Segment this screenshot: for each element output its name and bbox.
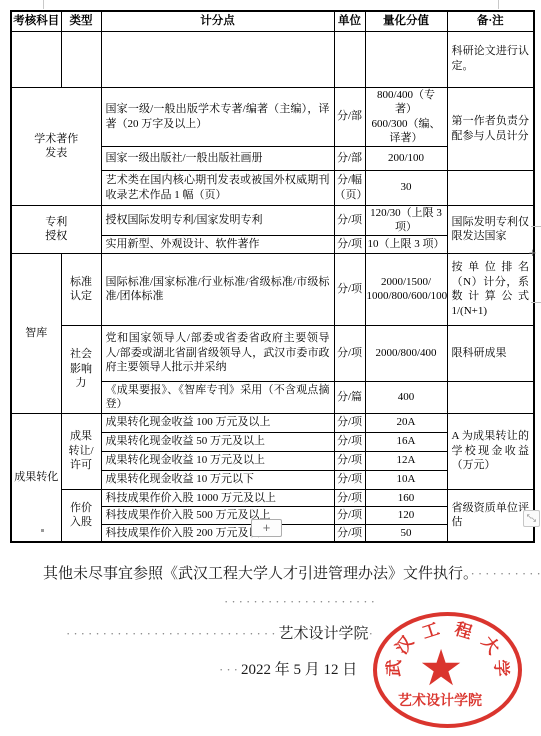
footer-line-1: 其他未尽事宜参照《武汉工程大学人才引进管理办法》文件执行。·········· — [43, 562, 541, 583]
stamp-bottom-text: 艺术设计学院 — [398, 690, 482, 710]
cell-point: 成果转化现金收益 10 万元及以上 — [101, 451, 334, 470]
cell-value: 50 — [365, 524, 447, 542]
cell-note: 限科研成果 — [447, 325, 534, 381]
header-type: 类型 — [61, 11, 101, 31]
cell-unit: 分/项 — [334, 432, 365, 451]
cell-value: 30 — [365, 170, 447, 205]
cell-value — [365, 31, 447, 87]
header-unit: 单位 — [334, 11, 365, 31]
cell-point: 成果转化现金收益 10 万元以下 — [101, 470, 334, 489]
side-tick-bottom — [531, 302, 541, 303]
table-row: 科研论文进行认定。 — [11, 31, 534, 87]
stamp-arc-char: 大 — [477, 629, 507, 658]
cell-value: 10（上限 3 项） — [365, 235, 447, 253]
cell-unit — [334, 31, 365, 87]
resize-arrow-se-icon: ↘ — [530, 516, 537, 524]
cell-note — [447, 170, 534, 205]
cell-unit: 分/项 — [334, 489, 365, 507]
footer-line-4: ···2022 年 5 月 12 日 — [219, 658, 357, 679]
footer-note-text: 其他未尽事宜参照《武汉工程大学人才引进管理办法》文件执行。 — [43, 566, 471, 582]
cell-note: 科研论文进行认定。 — [447, 31, 534, 87]
cell-point: 成果转化现金收益 50 万元及以上 — [101, 432, 334, 451]
space-marks: ·········· — [471, 566, 541, 581]
cell-subject: 学术著作 发表 — [11, 87, 101, 205]
stamp-star-icon: ★ — [419, 643, 464, 693]
side-tick-top — [531, 226, 541, 227]
table-row: 作价 入股 科技成果作价入股 1000 万元及以上 分/项 160 省级资质单位… — [11, 489, 534, 507]
cell-subject: 成果转化 — [11, 413, 61, 542]
official-stamp: ★ 艺术设计学院 武汉工程大学 — [373, 612, 522, 728]
space-marks: ····················· — [224, 594, 378, 609]
cell-point: 科技成果作价入股 1000 万元及以上 — [101, 489, 334, 507]
footer-line-2: ····················· — [224, 594, 378, 611]
header-point: 计分点 — [101, 11, 334, 31]
cell-value: 2000/1500/ 1000/800/600/100 — [365, 253, 447, 325]
cell-value: 400 — [365, 381, 447, 413]
cell-point: 科技成果作价入股 200 万元及以上 — [101, 524, 334, 542]
cell-value: 200/100 — [365, 146, 447, 170]
cell-value: 800/400（专著） 600/300（编、译著） — [365, 87, 447, 146]
cell-type: 作价 入股 — [61, 489, 101, 542]
cell-unit: 分/项 — [334, 524, 365, 542]
cell-subject: 智库 — [11, 253, 61, 413]
cell-point: 《成果要报》、《智库专刊》采用（不含观点摘登） — [101, 381, 334, 413]
cell-value: 16A — [365, 432, 447, 451]
cell-value: 10A — [365, 470, 447, 489]
cell-note — [447, 381, 534, 413]
cell-note: 第一作者负责分配参与人员计分 — [447, 87, 534, 170]
side-expand-button[interactable]: + — [525, 244, 540, 262]
paragraph-mark — [41, 529, 44, 532]
cell-unit: 分/项 — [334, 205, 365, 235]
cell-unit: 分/项 — [334, 507, 365, 525]
header-subject: 考核科目 — [11, 11, 61, 31]
cell-point — [101, 31, 334, 87]
header-value: 量化分值 — [365, 11, 447, 31]
insert-row-button[interactable]: + — [251, 519, 282, 537]
cell-subject: 专利 授权 — [11, 205, 101, 253]
space-marks: ··· — [219, 662, 241, 677]
cell-note: A 为成果转让的学校现金收益（万元） — [447, 413, 534, 489]
table-row: 成果转化 成果 转让/ 许可 成果转化现金收益 100 万元及以上 分/项 20… — [11, 413, 534, 432]
cell-note: 按单位排名（N）计分，系数计算公式1/(N+1) — [447, 253, 534, 325]
document-page: { "table": { "headers": { "subject": "考核… — [0, 0, 541, 736]
cell-point: 党和国家领导人/部委或省委省政府主要领导人/部委或湖北省副省级领导人，武汉市委市… — [101, 325, 334, 381]
cell-subject — [11, 31, 61, 87]
table-row: 专利 授权 授权国际发明专利/国家发明专利 分/项 120/30（上限 3 项）… — [11, 205, 534, 235]
stamp-arc-char: 学 — [490, 659, 516, 677]
cell-unit: 分/项 — [334, 470, 365, 489]
cell-type: 社会 影响 力 — [61, 325, 101, 413]
cell-value: 120/30（上限 3 项） — [365, 205, 447, 235]
footer-line-3: ·····························艺术设计学院· — [66, 622, 376, 643]
cell-point: 国家一级/一般出版学术专著/编著（主编），译著（20 万字及以上） — [101, 87, 334, 146]
cell-note: 省级资质单位评估 — [447, 489, 534, 542]
table-header-row: 考核科目 类型 计分点 单位 量化分值 备·注 — [11, 11, 534, 31]
cell-point: 国家一级出版社/一般出版社画册 — [101, 146, 334, 170]
table-row: 智库 标准 认定 国际标准/国家标准/行业标准/省级标准/市级标准/团体标准 分… — [11, 253, 534, 325]
margin-mark-left — [43, 0, 44, 9]
table-row: 学术著作 发表 国家一级/一般出版学术专著/编著（主编），译著（20 万字及以上… — [11, 87, 534, 146]
signature-unit: 艺术设计学院 — [279, 626, 369, 642]
cell-point: 成果转化现金收益 100 万元及以上 — [101, 413, 334, 432]
cell-value: 120 — [365, 507, 447, 525]
cell-type: 成果 转让/ 许可 — [61, 413, 101, 489]
cell-unit: 分/部 — [334, 87, 365, 146]
scoring-table: 考核科目 类型 计分点 单位 量化分值 备·注 科研论文进行认定。 学术著作 发… — [10, 10, 535, 543]
cell-type: 标准 认定 — [61, 253, 101, 325]
cell-unit: 分/部 — [334, 146, 365, 170]
cell-point: 实用新型、外观设计、软件著作 — [101, 235, 334, 253]
table-resize-handle[interactable]: ↖ ↘ — [523, 510, 540, 527]
stamp-arc-char: 汉 — [388, 630, 418, 659]
table-row: 社会 影响 力 党和国家领导人/部委或省委省政府主要领导人/部委或湖北省副省级领… — [11, 325, 534, 381]
stamp-arc-char: 武 — [379, 660, 405, 678]
margin-mark-right — [498, 0, 499, 9]
cell-unit: 分/篇 — [334, 381, 365, 413]
cell-type — [61, 31, 101, 87]
cell-unit: 分/幅 （页） — [334, 170, 365, 205]
cell-unit: 分/项 — [334, 253, 365, 325]
cell-point: 科技成果作价入股 500 万元及以上 — [101, 507, 334, 525]
header-note: 备·注 — [447, 11, 534, 31]
space-marks: · — [369, 626, 376, 641]
cell-value: 20A — [365, 413, 447, 432]
cell-value: 12A — [365, 451, 447, 470]
cell-unit: 分/项 — [334, 451, 365, 470]
cell-value: 2000/800/400 — [365, 325, 447, 381]
stamp-arc-char: 程 — [452, 614, 476, 643]
cell-point: 艺术类在国内核心期刊发表或被国外权威期刊收录艺术作品 1 幅（页） — [101, 170, 334, 205]
cell-unit: 分/项 — [334, 413, 365, 432]
cell-unit: 分/项 — [334, 235, 365, 253]
cell-note: 国际发明专利仅限发达国家 — [447, 205, 534, 253]
cell-value: 160 — [365, 489, 447, 507]
cell-point: 国际标准/国家标准/行业标准/省级标准/市级标准/团体标准 — [101, 253, 334, 325]
signature-date: 2022 年 5 月 12 日 — [241, 662, 357, 678]
cell-unit: 分/项 — [334, 325, 365, 381]
cell-point: 授权国际发明专利/国家发明专利 — [101, 205, 334, 235]
space-marks: ····························· — [66, 626, 279, 641]
